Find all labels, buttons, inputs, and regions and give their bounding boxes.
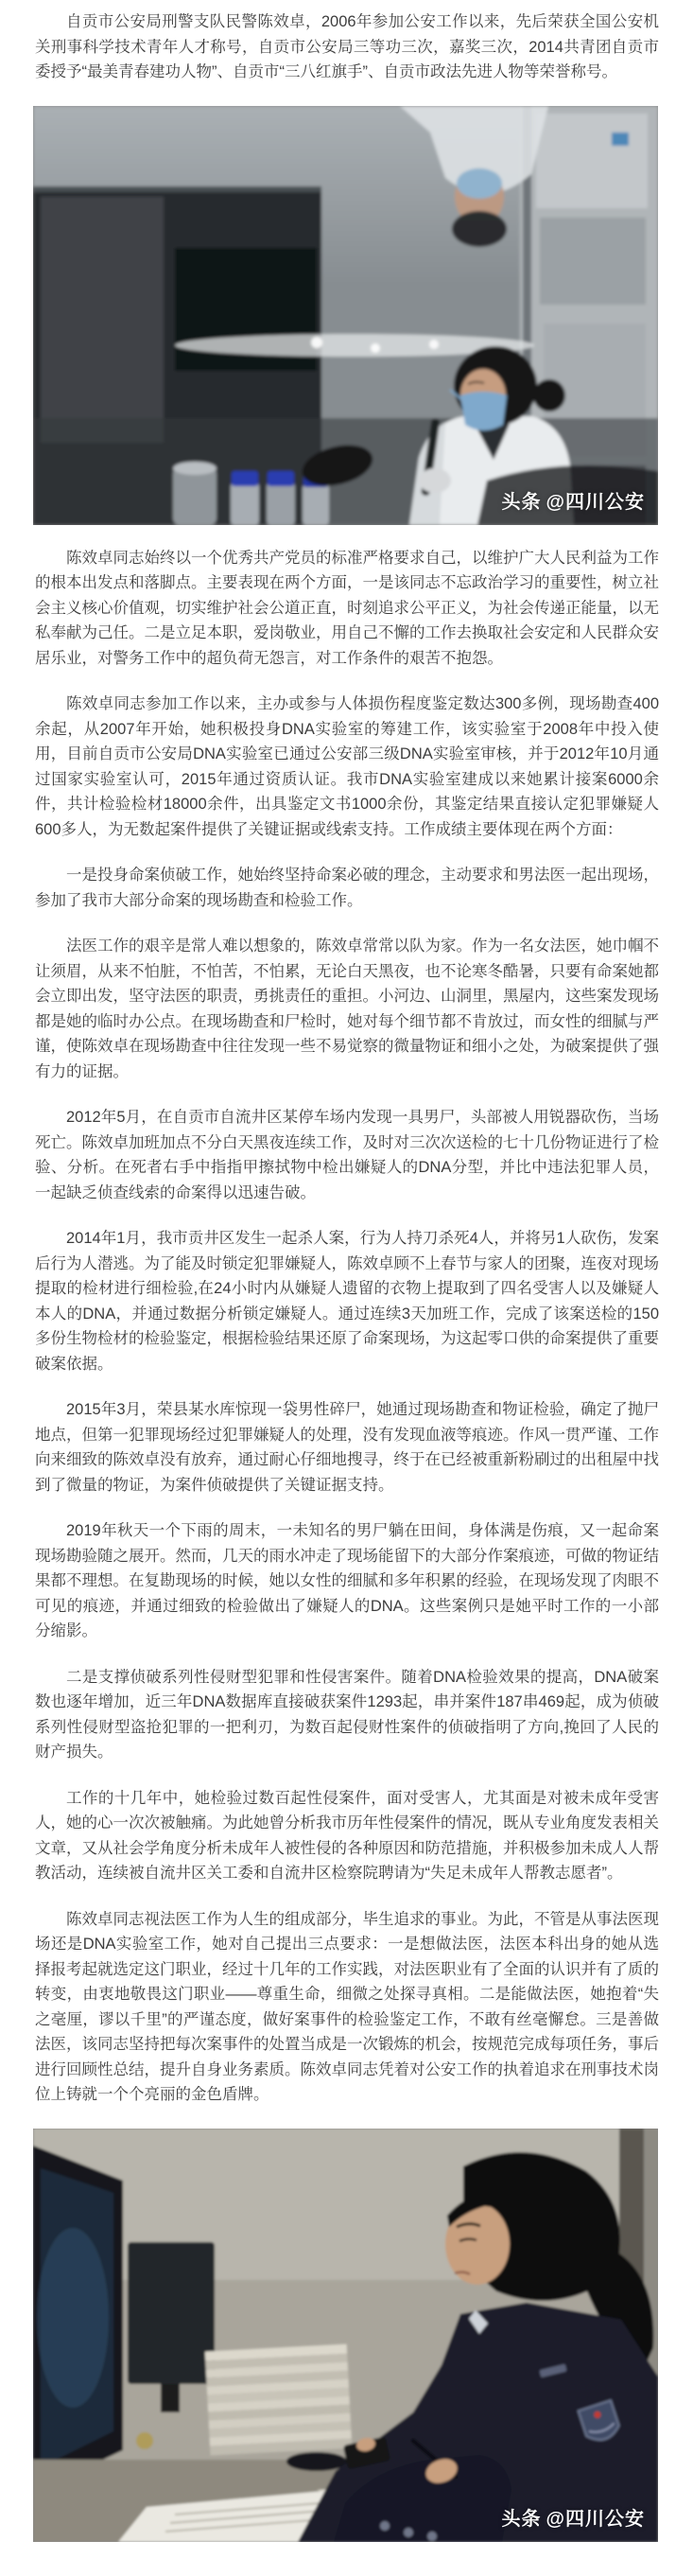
lab-photo-illustration	[33, 106, 658, 525]
paragraph-minor-protection: 工作的十几年中，她检验过数百起性侵案件，面对受害人，尤其面是对被未成年受害人，她…	[35, 1786, 659, 1886]
paragraph-case-2014: 2014年1月，我市贡井区发生一起杀人案，行为人持刀杀死4人，并将另1人砍伤，发…	[35, 1226, 659, 1376]
photo-office-scene: 头条@四川公安	[33, 2129, 658, 2542]
paragraph-intro: 自贡市公安局刑警支队民警陈效卓，2006年参加公安工作以来，先后荣获全国公安机关…	[35, 9, 659, 85]
paragraph-party-standard: 陈效卓同志始终以一个优秀共产党员的标准严格要求自己，以维护广大人民利益为工作的根…	[35, 546, 659, 672]
paragraph-work-achievements: 陈效卓同志参加工作以来，主办或参与人体损伤程度鉴定数达300多例，现场勘查400…	[35, 692, 659, 842]
paragraph-case-2015: 2015年3月，荣县某水库惊现一袋男性碎尸，她通过现场勘查和物证检验，确定了抛尸…	[35, 1397, 659, 1498]
paragraph-three-requirements: 陈效卓同志视法医工作为人生的组成部分，毕生追求的事业。为此，不管是从事法医现场还…	[35, 1907, 659, 2108]
paragraph-forensic-hardship: 法医工作的艰辛是常人难以想象的，陈效卓常常以队为家。作为一名女法医，她巾帼不让须…	[35, 934, 659, 1084]
photo-lab-scene: 头条@四川公安	[33, 106, 658, 525]
paragraph-case-2012: 2012年5月，在自贡市自流井区某停车场内发现一具男尸，头部被人用锐器砍伤，当场…	[35, 1105, 659, 1205]
watermark-handle: @四川公安	[546, 2509, 645, 2530]
watermark-handle: @四川公安	[546, 492, 645, 513]
paragraph-dna-database: 二是支撑侦破系列性侵财型犯罪和性侵害案件。随着DNA检验效果的提高，DNA破案数…	[35, 1665, 659, 1765]
paragraph-homicide-work: 一是投身命案侦破工作，她始终坚持命案必破的理念，主动要求和男法医一起出现场，参加…	[35, 863, 659, 913]
article-page: 自贡市公安局刑警支队民警陈效卓，2006年参加公安工作以来，先后荣获全国公安机关…	[0, 0, 693, 2576]
paragraph-case-2019: 2019年秋天一个下雨的周末，一未知名的男尸躺在田间，身体满是伤痕，又一起命案现…	[35, 1518, 659, 1644]
office-photo-illustration	[33, 2129, 658, 2542]
toutiao-logo: 头条	[501, 492, 541, 513]
photo-watermark: 头条@四川公安	[501, 2503, 645, 2531]
photo-watermark: 头条@四川公安	[501, 486, 645, 514]
toutiao-logo: 头条	[501, 2509, 541, 2530]
